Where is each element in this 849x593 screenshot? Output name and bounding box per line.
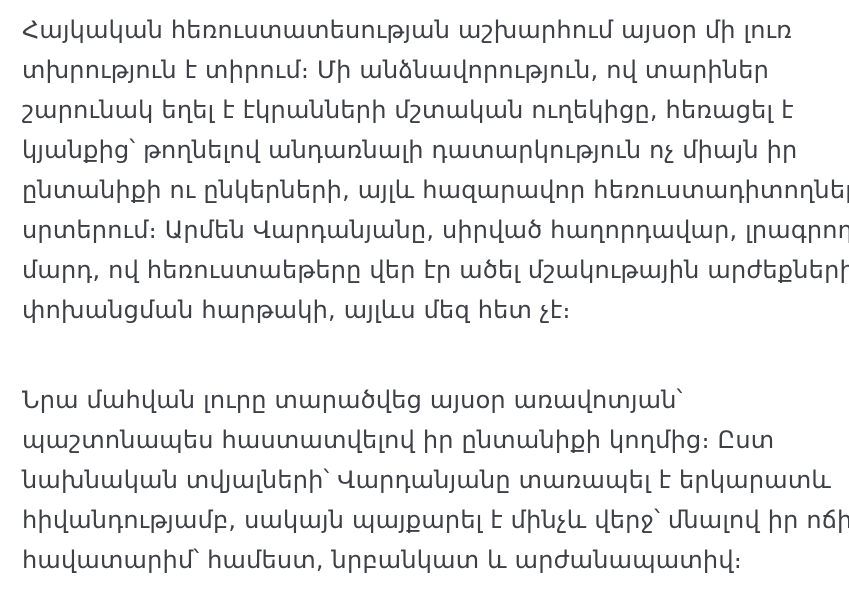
- article-page: Հայկական հեռուստատեսության աշխարհում այս…: [0, 0, 849, 580]
- article-paragraph-1: Հայկական հեռուստատեսության աշխարհում այս…: [22, 10, 829, 330]
- article-paragraph-2: Նրա մահվան լուրը տարածվեց այսօր առավոտյա…: [22, 380, 829, 580]
